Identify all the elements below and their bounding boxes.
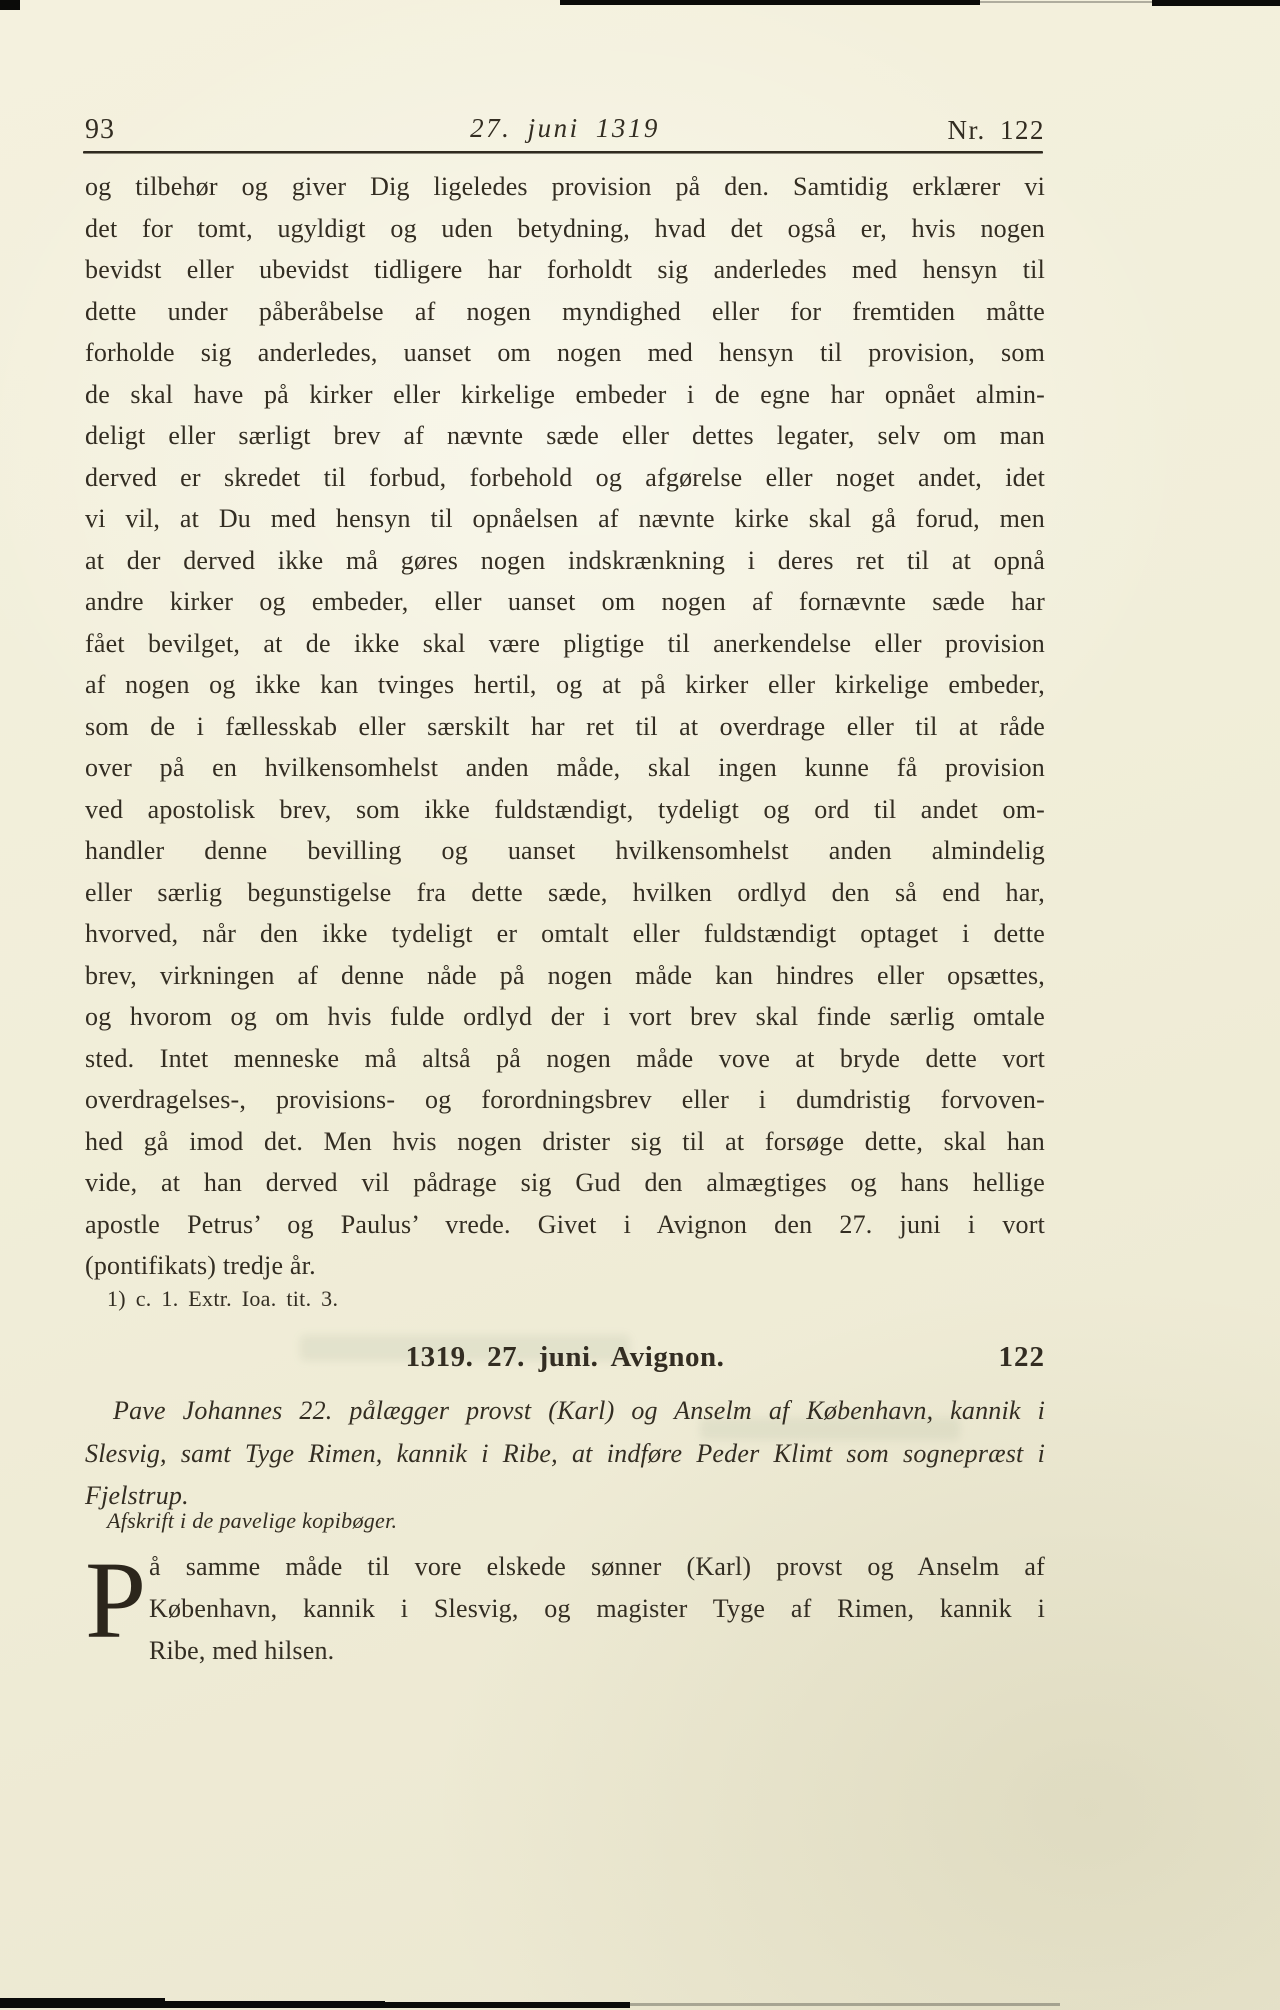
text-line: og hvorom og om hvis fulde ordlyd der i …: [85, 996, 1045, 1038]
text-line: andre kirker og embeder, eller uanset om…: [85, 581, 1045, 623]
text-line: hvorved, når den ikke tydeligt er omtalt…: [85, 913, 1045, 955]
scan-artifact-bottom-2: [165, 2001, 385, 2008]
text-line: brev, virkningen af denne nåde på nogen …: [85, 955, 1045, 997]
text-line: dette under påberåbelse af nogen myndigh…: [85, 291, 1045, 333]
drop-cap-initial: P: [85, 1560, 141, 1640]
running-header: 93 27. juni 1319 Nr. 122: [85, 112, 1045, 146]
entry-heading-row: 1319. 27. juni. Avignon. 122: [85, 1341, 1045, 1377]
scan-artifact-top-center: [560, 0, 980, 5]
text-line: forholde sig anderledes, uanset om nogen…: [85, 332, 1045, 374]
text-line: af nogen og ikke kan tvinges hertil, og …: [85, 664, 1045, 706]
entry-heading: 1319. 27. juni. Avignon.: [85, 1341, 1045, 1374]
text-line: vide, at han derved vil pådrage sig Gud …: [85, 1162, 1045, 1204]
text-line: (pontifikats) tredje år.: [85, 1245, 1045, 1287]
scan-artifact-top-left: [0, 0, 20, 10]
text-line: ved apostolisk brev, som ikke fuldstændi…: [85, 789, 1045, 831]
scan-artifact-bottom-faint: [630, 2003, 1060, 2006]
text-line: bevidst eller ubevidst tidligere har for…: [85, 249, 1045, 291]
text-line: det for tomt, ugyldigt og uden betydning…: [85, 208, 1045, 250]
text-line: at der derved ikke må gøres nogen indskr…: [85, 540, 1045, 582]
scan-artifact-bottom-3: [385, 2002, 630, 2008]
header-rule: [83, 151, 1043, 154]
entry-body-text: P å samme måde til vore elskede sønner (…: [85, 1546, 1045, 1672]
text-line: København, kannik i Slesvig, og magister…: [85, 1588, 1045, 1630]
scanned-book-page: 93 27. juni 1319 Nr. 122 og tilbehør og …: [0, 0, 1280, 2010]
text-line: sted. Intet menneske må altså på nogen m…: [85, 1038, 1045, 1080]
text-line: deligt eller særligt brev af nævnte sæde…: [85, 415, 1045, 457]
footnote: 1) c. 1. Extr. Ioa. tit. 3.: [107, 1286, 1007, 1312]
text-line: Ribe, med hilsen.: [85, 1630, 1045, 1672]
entry-number: 122: [999, 1341, 1046, 1374]
running-title: 27. juni 1319: [85, 113, 1045, 144]
text-line: som de i fællesskab eller særskilt har r…: [85, 706, 1045, 748]
summary-line: Slesvig, samt Tyge Rimen, kannik i Ribe,…: [85, 1433, 1045, 1476]
source-note: Afskrift i de pavelige kopibøger.: [107, 1508, 1007, 1534]
text-line: fået bevilget, at de ikke skal være plig…: [85, 623, 1045, 665]
entry-summary: Pave Johannes 22. pålægger provst (Karl)…: [85, 1390, 1045, 1518]
text-line: de skal have på kirker eller kirkelige e…: [85, 374, 1045, 416]
text-line: å samme måde til vore elskede sønner (Ka…: [85, 1546, 1045, 1588]
text-line: derved er skredet til forbud, forbehold …: [85, 457, 1045, 499]
text-line: eller særlig begunstigelse fra dette sæd…: [85, 872, 1045, 914]
text-line: og tilbehør og giver Dig ligeledes provi…: [85, 166, 1045, 208]
text-line: apostle Petrus’ og Paulus’ vrede. Givet …: [85, 1204, 1045, 1246]
text-line: handler denne bevilling og uanset hvilke…: [85, 830, 1045, 872]
scan-artifact-top-faint: [980, 1, 1152, 3]
text-line: hed gå imod det. Men hvis nogen drister …: [85, 1121, 1045, 1163]
scan-artifact-bottom-1: [0, 1998, 165, 2008]
text-line: over på en hvilkensomhelst anden måde, s…: [85, 747, 1045, 789]
text-line: overdragelses-, provisions- og forordnin…: [85, 1079, 1045, 1121]
text-line: vi vil, at Du med hensyn til opnåelsen a…: [85, 498, 1045, 540]
running-number: Nr. 122: [948, 115, 1046, 146]
summary-line: Pave Johannes 22. pålægger provst (Karl)…: [85, 1390, 1045, 1433]
scan-artifact-top-right: [1152, 0, 1280, 6]
letter-text: og tilbehør og giver Dig ligeledes provi…: [85, 166, 1045, 1287]
